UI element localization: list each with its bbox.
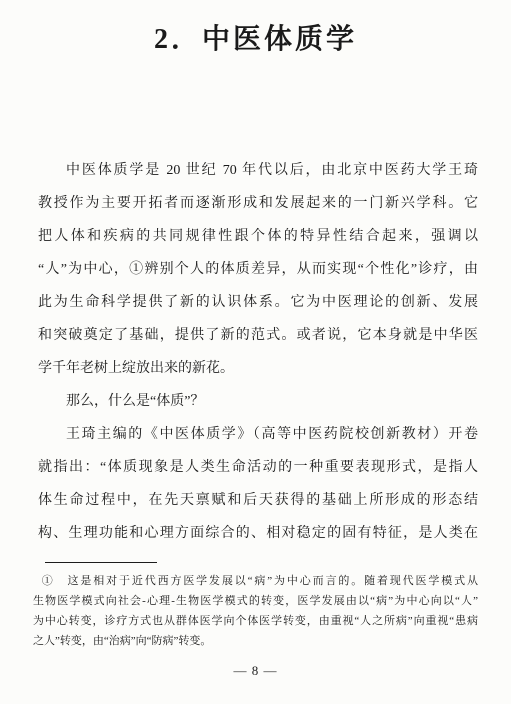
chapter-title: 2．中医体质学 [0, 0, 511, 58]
book-page: 2．中医体质学 中医体质学是 20 世纪 70 年代以后，由北京中医药大学王琦 … [0, 0, 511, 704]
body-line: “人”为中心，①辨别个人的体质差异，从而实现“个性化”诊疗，由 [38, 253, 478, 286]
body-line: 王琦主编的《中医体质学》（高等中医药院校创新教材）开卷 [38, 418, 478, 451]
footnote-line: ① 这是相对于近代西方医学发展以“病”为中心而言的。随着现代医学模式从 [33, 571, 478, 591]
footnote-line: 生物医学模式向社会-心理-生物医学模式的转变，医学发展由以“病”为中心向以“人” [33, 591, 478, 611]
footnote-separator [45, 562, 157, 563]
body-line: 构、生理功能和心理方面综合的、相对稳定的固有特征，是人类在 [38, 517, 478, 550]
body-line: 那么，什么是“体质”？ [38, 385, 478, 418]
page-number: — 8 — [0, 663, 511, 679]
body-line: 体生命过程中，在先天禀赋和后天获得的基础上所形成的形态结 [38, 484, 478, 517]
body-text: 中医体质学是 20 世纪 70 年代以后，由北京中医药大学王琦 教授作为主要开拓… [38, 154, 478, 550]
body-line: 此为生命科学提供了新的认识体系。它为中医理论的创新、发展 [38, 286, 478, 319]
body-line: 把人体和疾病的共同规律性跟个体的特异性结合起来，强调以 [38, 220, 478, 253]
body-line: 就指出：“体质现象是人类生命活动的一种重要表现形式，是指人 [38, 451, 478, 484]
footnote: ① 这是相对于近代西方医学发展以“病”为中心而言的。随着现代医学模式从 生物医学… [33, 571, 478, 651]
body-line: 教授作为主要开拓者而逐渐形成和发展起来的一门新兴学科。它 [38, 187, 478, 220]
body-line: 和突破奠定了基础，提供了新的范式。或者说，它本身就是中华医 [38, 319, 478, 352]
footnote-line: 为中心转变，诊疗方式也从群体医学向个体医学转变，由重视“人之所病”向重视“患病 [33, 611, 478, 631]
footnote-line: 之人”转变，由“治病”向“防病”转变。 [33, 631, 478, 651]
body-line: 学千年老树上绽放出来的新花。 [38, 352, 478, 385]
body-line: 中医体质学是 20 世纪 70 年代以后，由北京中医药大学王琦 [38, 154, 478, 187]
